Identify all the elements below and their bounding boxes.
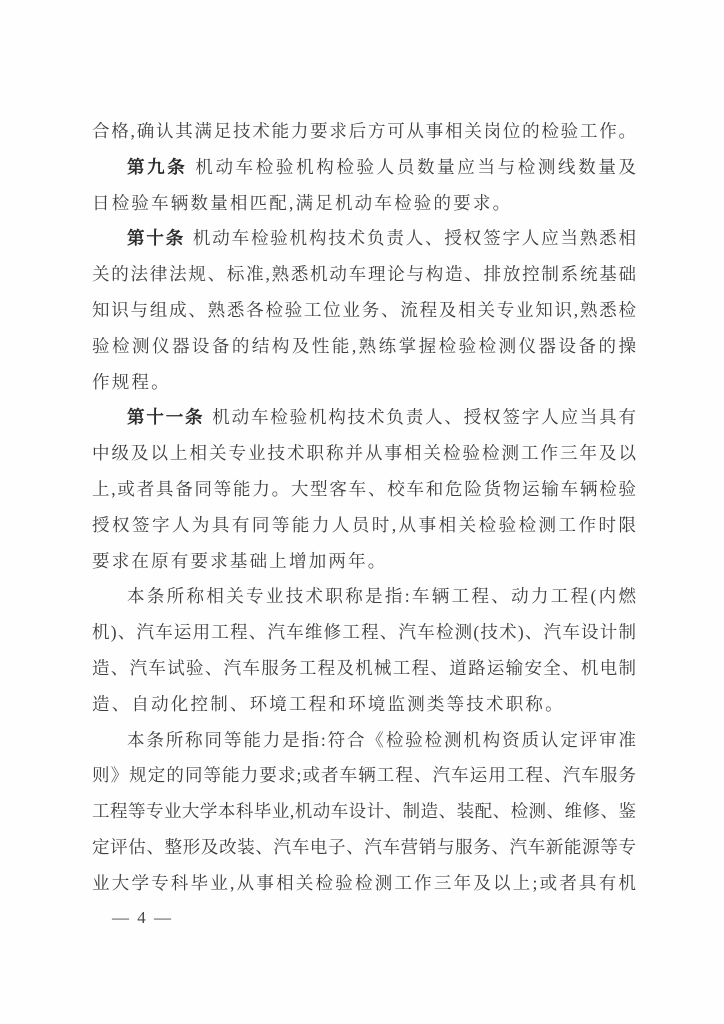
- line-text: 机)、汽车运用工程、汽车维修工程、汽车检测(技术)、汽车设计制: [92, 622, 636, 642]
- text-line: 关的法律法规、标准,熟悉机动车理论与构造、排放控制系统基础: [92, 257, 636, 293]
- line-text: 上,或者具备同等能力。大型客车、校车和危险货物运输车辆检验: [92, 479, 636, 499]
- line-text: 作规程。: [92, 372, 171, 392]
- article-heading: 第十一条: [127, 407, 204, 427]
- text-line: 本条所称相关专业技术职称是指:车辆工程、动力工程(内燃: [92, 579, 636, 615]
- text-line: 第十条机动车检验机构技术负责人、授权签字人应当熟悉相: [92, 221, 636, 257]
- text-line: 造、汽车试验、汽车服务工程及机械工程、道路运输安全、机电制: [92, 651, 636, 687]
- text-line: 合格,确认其满足技术能力要求后方可从事相关岗位的检验工作。: [92, 114, 636, 150]
- document-body: 合格,确认其满足技术能力要求后方可从事相关岗位的检验工作。第九条机动车检验机构检…: [92, 114, 636, 902]
- line-text: 验检测仪器设备的结构及性能,熟练掌握检验检测仪器设备的操: [92, 336, 636, 356]
- line-text: 机动车检验机构检验人员数量应当与检测线数量及: [195, 157, 636, 177]
- text-line: 定评估、整形及改装、汽车电子、汽车营销与服务、汽车新能源等专: [92, 830, 636, 866]
- line-text: 机动车检验机构技术负责人、授权签字人应当具有: [212, 407, 636, 427]
- article-heading: 第十条: [127, 228, 185, 248]
- line-text: 则》规定的同等能力要求;或者车辆工程、汽车运用工程、汽车服务: [92, 765, 636, 785]
- text-line: 中级及以上相关专业技术职称并从事相关检验检测工作三年及以: [92, 436, 636, 472]
- text-line: 知识与组成、熟悉各检验工位业务、流程及相关专业知识,熟悉检: [92, 293, 636, 329]
- text-line: 机)、汽车运用工程、汽车维修工程、汽车检测(技术)、汽车设计制: [92, 615, 636, 651]
- line-text: 日检验车辆数量相匹配,满足机动车检验的要求。: [92, 193, 512, 213]
- line-text: 中级及以上相关专业技术职称并从事相关检验检测工作三年及以: [92, 443, 636, 463]
- text-line: 要求在原有要求基础上增加两年。: [92, 544, 636, 580]
- text-line: 造、自动化控制、环境工程和环境监测类等技术职称。: [92, 687, 636, 723]
- line-text: 机动车检验机构技术负责人、授权签字人应当熟悉相: [193, 228, 636, 248]
- line-text: 造、自动化控制、环境工程和环境监测类等技术职称。: [92, 694, 565, 714]
- line-text: 本条所称同等能力是指:符合《检验检测机构资质认定评审准: [127, 730, 636, 750]
- text-line: 验检测仪器设备的结构及性能,熟练掌握检验检测仪器设备的操: [92, 329, 636, 365]
- line-text: 定评估、整形及改装、汽车电子、汽车营销与服务、汽车新能源等专: [92, 837, 636, 857]
- line-text: 造、汽车试验、汽车服务工程及机械工程、道路运输安全、机电制: [92, 658, 636, 678]
- line-text: 本条所称相关专业技术职称是指:车辆工程、动力工程(内燃: [127, 586, 636, 606]
- text-line: 工程等专业大学本科毕业,机动车设计、制造、装配、检测、维修、鉴: [92, 794, 636, 830]
- article-heading: 第九条: [127, 157, 187, 177]
- text-line: 本条所称同等能力是指:符合《检验检测机构资质认定评审准: [92, 723, 636, 759]
- line-text: 工程等专业大学本科毕业,机动车设计、制造、装配、检测、维修、鉴: [92, 801, 636, 821]
- text-line: 第十一条机动车检验机构技术负责人、授权签字人应当具有: [92, 400, 636, 436]
- line-text: 合格,确认其满足技术能力要求后方可从事相关岗位的检验工作。: [92, 121, 636, 141]
- line-text: 知识与组成、熟悉各检验工位业务、流程及相关专业知识,熟悉检: [92, 300, 636, 320]
- line-text: 要求在原有要求基础上增加两年。: [92, 551, 388, 571]
- document-page: 合格,确认其满足技术能力要求后方可从事相关岗位的检验工作。第九条机动车检验机构检…: [0, 0, 724, 1024]
- text-line: 第九条机动车检验机构检验人员数量应当与检测线数量及: [92, 150, 636, 186]
- text-line: 日检验车辆数量相匹配,满足机动车检验的要求。: [92, 186, 636, 222]
- text-line: 作规程。: [92, 365, 636, 401]
- line-text: 关的法律法规、标准,熟悉机动车理论与构造、排放控制系统基础: [92, 264, 636, 284]
- text-line: 则》规定的同等能力要求;或者车辆工程、汽车运用工程、汽车服务: [92, 758, 636, 794]
- page-number: — 4 —: [112, 908, 173, 928]
- line-text: 业大学专科毕业,从事相关检验检测工作三年及以上;或者具有机: [92, 873, 636, 893]
- text-line: 授权签字人为具有同等能力人员时,从事相关检验检测工作时限: [92, 508, 636, 544]
- text-line: 上,或者具备同等能力。大型客车、校车和危险货物运输车辆检验: [92, 472, 636, 508]
- text-line: 业大学专科毕业,从事相关检验检测工作三年及以上;或者具有机: [92, 866, 636, 902]
- line-text: 授权签字人为具有同等能力人员时,从事相关检验检测工作时限: [92, 515, 636, 535]
